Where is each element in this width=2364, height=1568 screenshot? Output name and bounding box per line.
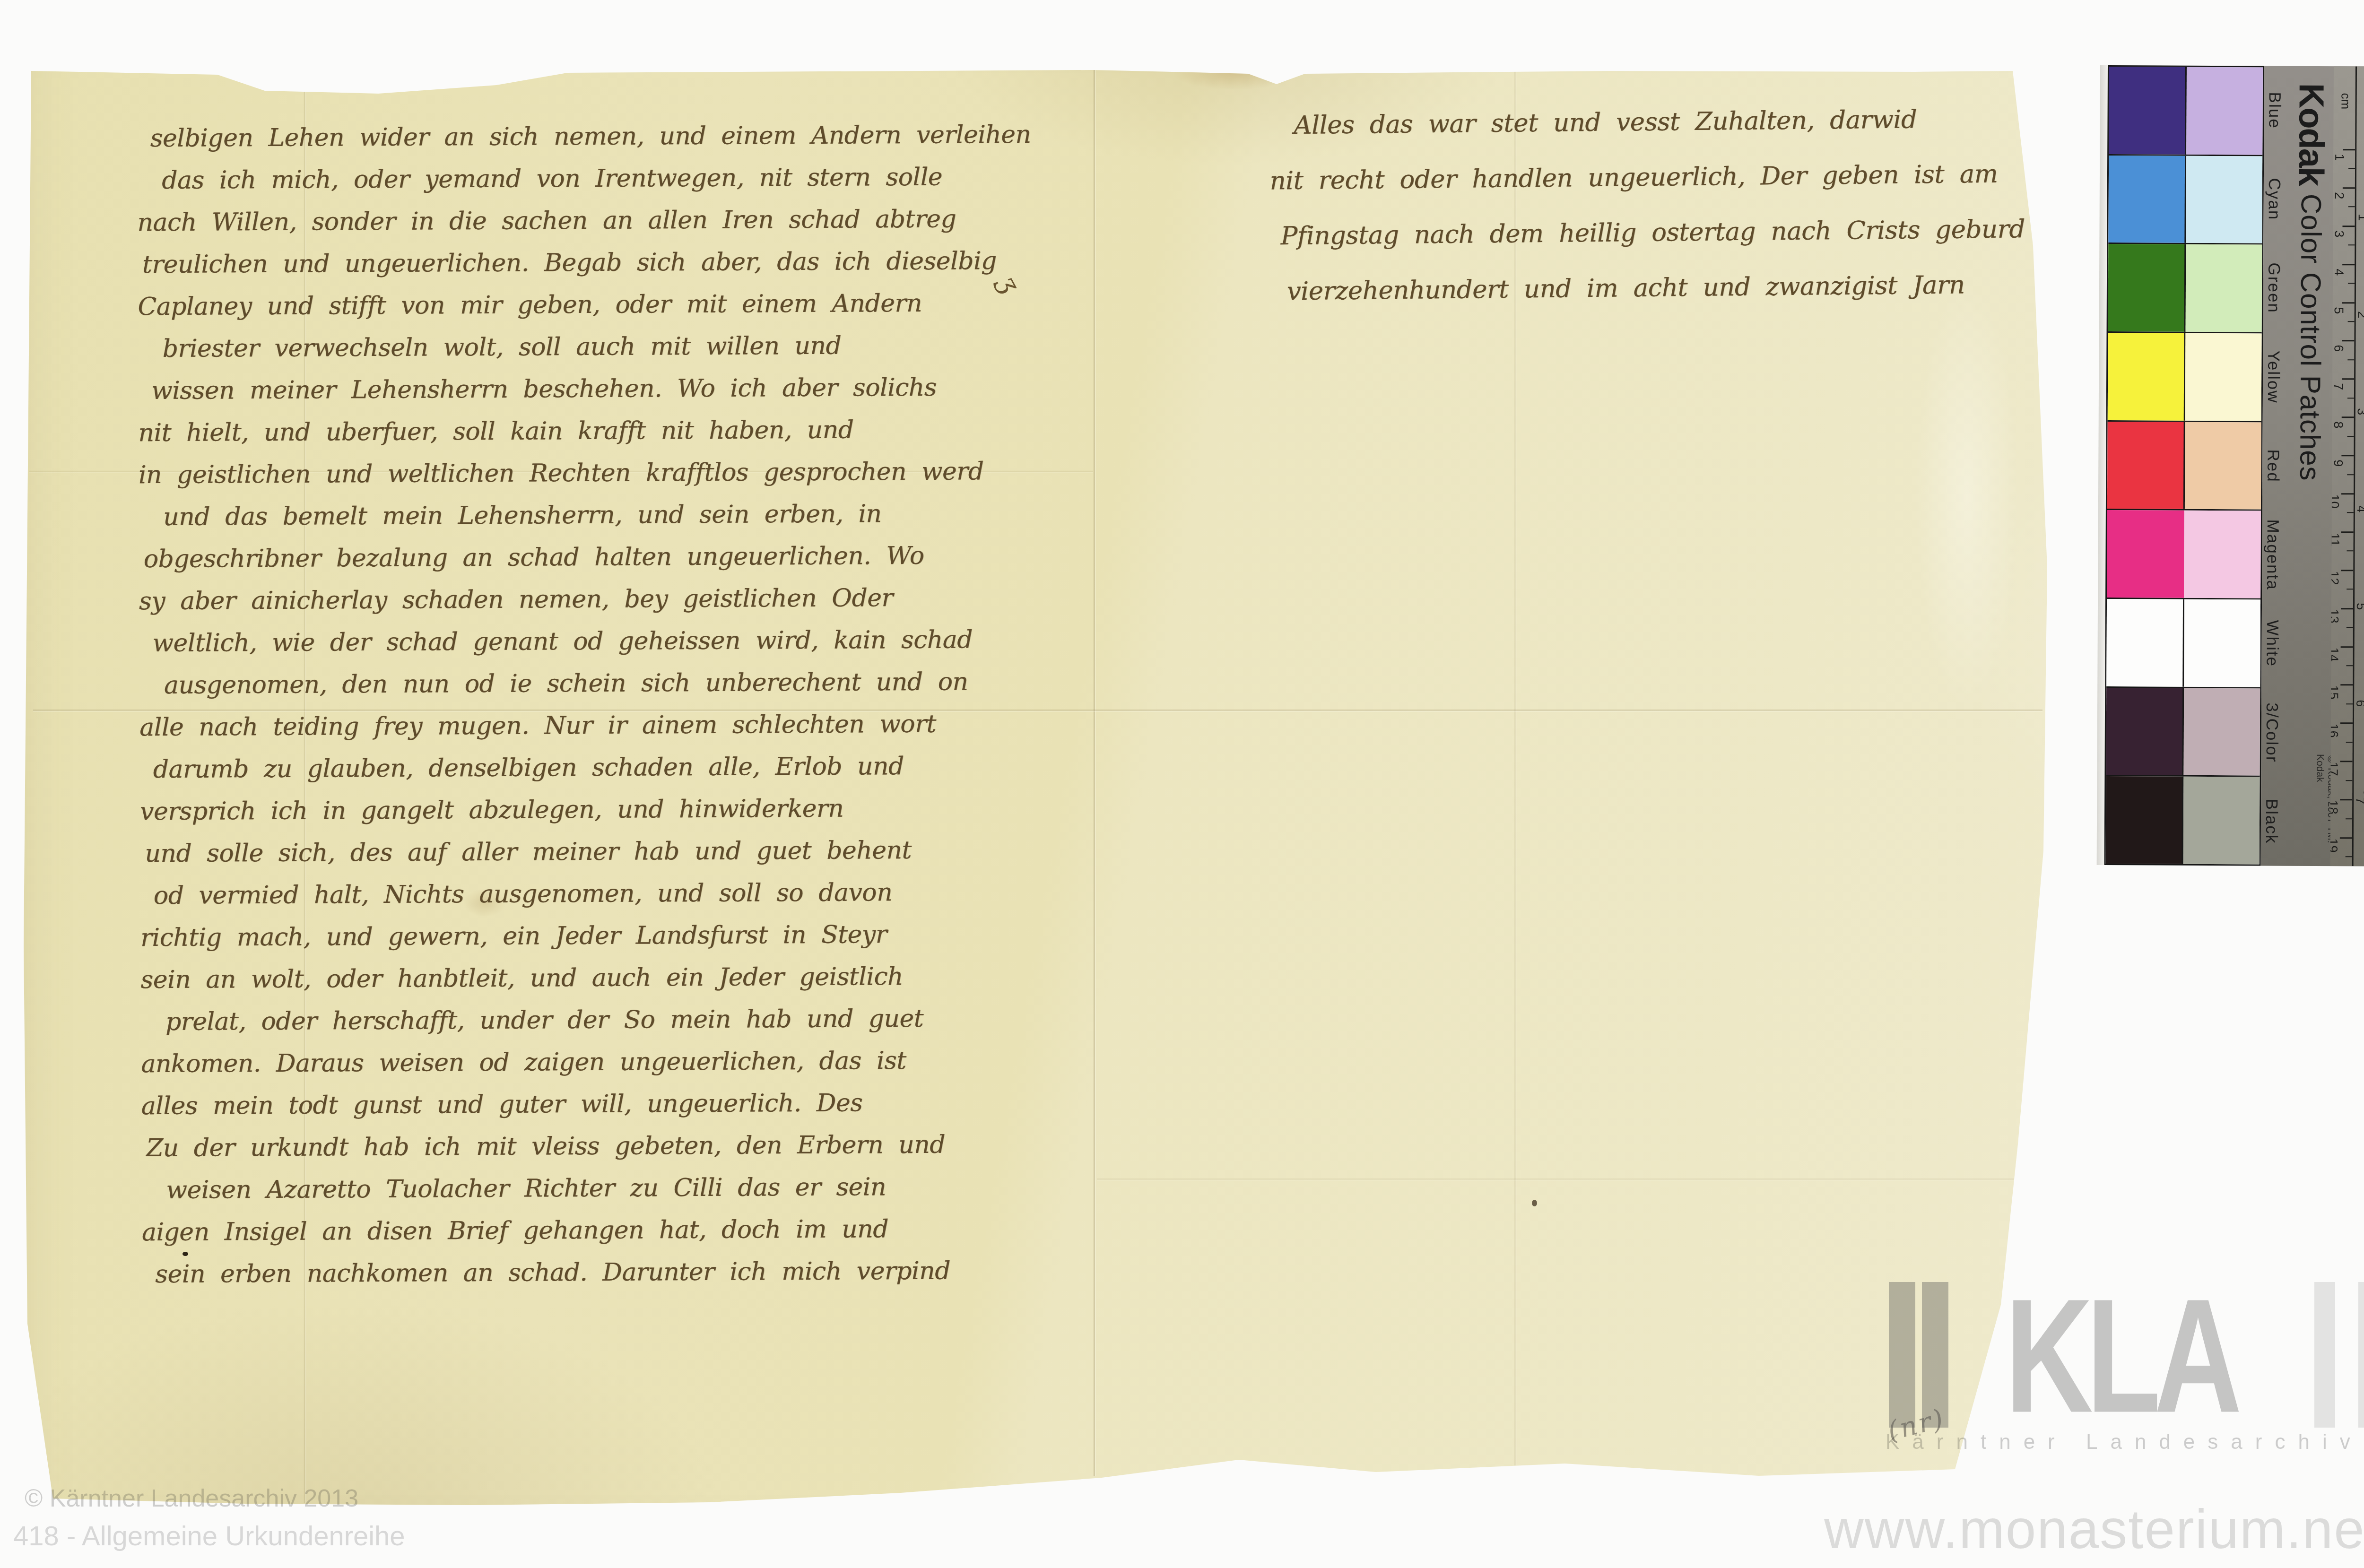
cm-tick: 17 <box>2330 761 2352 799</box>
manuscript-page-left: selbigen Lehen wider an sich nemen, und … <box>137 114 1041 1296</box>
horizontal-fold-crease-upper-left <box>29 470 1093 473</box>
manuscript-line: ankomen. Daraus weisen od zaigen ungeuer… <box>141 1040 1039 1085</box>
patch-label: Magenta <box>2263 511 2282 599</box>
right-quarter-fold-crease <box>1514 71 1517 1465</box>
color-patch-light <box>2186 67 2263 155</box>
color-patch-row <box>2108 244 2262 333</box>
color-patch-row <box>2108 333 2262 422</box>
color-patch-light <box>2183 777 2260 864</box>
ruler-cm-label: cm <box>2338 93 2353 109</box>
cm-tick: 15 <box>2331 684 2353 723</box>
kla-logo-bar <box>2358 1282 2364 1428</box>
kla-logo-text: KLA <box>2005 1282 2235 1429</box>
kla-logo-bars <box>2314 1282 2364 1428</box>
kla-watermark-org: Kärntner Landesarchiv <box>1886 1430 2363 1454</box>
scanned-document-viewer: selbigen Lehen wider an sich nemen, und … <box>0 0 2364 1568</box>
manuscript-line: wissen meiner Lehensherrn beschehen. Wo … <box>151 366 1036 412</box>
manuscript-line: briester verwechseln wolt, soll auch mit… <box>163 324 1036 370</box>
color-patch-saturated <box>2109 67 2187 154</box>
patch-label: Yellow <box>2264 333 2283 422</box>
cm-tick: 4 <box>2333 264 2355 302</box>
color-patch-row <box>2106 688 2260 777</box>
cm-tick: 18 <box>2330 799 2352 837</box>
color-patch-light <box>2186 244 2262 332</box>
kla-logo-bar <box>1889 1282 1915 1428</box>
cm-tick: 5 <box>2332 302 2354 340</box>
cm-tick: 1 <box>2333 149 2355 187</box>
kla-logo-bar <box>2314 1282 2335 1428</box>
color-patch-saturated <box>2107 422 2185 509</box>
cm-tick: 11 <box>2331 531 2353 570</box>
patch-label: Green <box>2264 244 2284 333</box>
cm-tick: 6 <box>2332 340 2354 379</box>
ink-margin-mark: ʒ <box>992 270 1026 297</box>
manuscript-line: und das bemelt mein Lehensherrn, und sei… <box>163 493 1037 538</box>
manuscript-line: alles mein todt gunst und guter will, un… <box>141 1082 1040 1127</box>
patch-label: Cyan <box>2264 155 2284 244</box>
manuscript-line: sein erben nachkomen an schad. Darunter … <box>155 1250 1040 1296</box>
color-patch-light <box>2186 156 2262 243</box>
kodak-logo-text: Kodak <box>2292 83 2331 186</box>
horizontal-fold-crease-lower <box>1097 1178 2014 1181</box>
manuscript-line: od vermied halt, Nichts ausgenomen, und … <box>154 871 1039 917</box>
manuscript-line: weisen Azaretto Tuolacher Richter zu Cil… <box>166 1166 1040 1212</box>
manuscript-line: sein an wolt, oder hanbtleit, und auch e… <box>140 955 1039 1001</box>
manuscript-line: richtig mach, und gewern, ein Jeder Land… <box>140 913 1039 959</box>
cm-tick: 12 <box>2331 570 2353 608</box>
manuscript-line: obgeschribner bezalung an schad halten u… <box>143 535 1037 580</box>
manuscript-line: ausgenomen, den nun od ie schein sich un… <box>164 661 1038 707</box>
color-patch-saturated <box>2106 599 2184 686</box>
kodak-brand-text: Kodak Color Control Patches <box>2290 83 2332 481</box>
patch-label: 3/Color <box>2262 688 2281 777</box>
monasterium-watermark: www.monasterium.net <box>1824 1498 2364 1561</box>
cm-tick: 8 <box>2332 416 2354 455</box>
color-patch-saturated <box>2106 776 2184 864</box>
manuscript-page-right: Alles das war stet und vesst Zuhalten, d… <box>1285 91 1996 319</box>
manuscript-line: prelat, oder herschafft, under der So me… <box>165 997 1039 1043</box>
inch-tick: 6 <box>2354 694 2364 792</box>
strip-ruler: cm inches 12345678910111213141516171819 … <box>2330 66 2364 866</box>
ink-speck <box>183 1252 188 1256</box>
manuscript-line: nach Willen, sonder in die sachen an all… <box>137 198 1035 244</box>
color-patch-light <box>2185 422 2261 509</box>
patch-row-labels: BlueCyanGreenYellowRedMagentaWhite3/Colo… <box>2262 66 2284 866</box>
foxing-stain <box>1173 57 1295 90</box>
manuscript-line: und solle sich, des auf aller meiner hab… <box>145 829 1038 875</box>
kodak-color-control-strip: BlueCyanGreenYellowRedMagentaWhite3/Colo… <box>2097 65 2364 866</box>
cm-tick: 14 <box>2331 646 2353 684</box>
inch-tick: 2 <box>2355 305 2364 403</box>
cm-tick: 3 <box>2333 225 2355 264</box>
manuscript-line: aigen Insigel an disen Brief gehangen ha… <box>142 1208 1040 1254</box>
ink-speck <box>1532 1200 1537 1206</box>
cm-tick: 19 <box>2330 837 2352 866</box>
manuscript-line: nit hielt, und uberfuer, soll kain kraff… <box>138 408 1036 454</box>
inch-tick: 3 <box>2355 403 2364 500</box>
foxing-stain <box>463 889 506 917</box>
cm-tick: 16 <box>2331 723 2353 761</box>
color-patch-light <box>2184 511 2261 598</box>
cm-tick: 10 <box>2332 493 2354 531</box>
color-patch-saturated <box>2108 333 2186 420</box>
manuscript-line: das ich mich, oder yemand von Irentwegen… <box>162 156 1035 202</box>
color-patch-light <box>2184 599 2260 687</box>
manuscript-line: Zu der urkundt hab ich mit vleiss gebete… <box>146 1124 1040 1170</box>
color-patch-row <box>2106 599 2260 688</box>
horizontal-fold-crease <box>33 709 2042 712</box>
manuscript-line: selbigen Lehen wider an sich nemen, und … <box>150 114 1035 160</box>
inch-tick: 1 <box>2356 208 2364 305</box>
color-patch-light <box>2183 688 2260 775</box>
inch-tick: 5 <box>2354 597 2364 694</box>
manuscript-line: in geistlichen und weltlichen Rechten kr… <box>139 450 1037 496</box>
cm-tick: 7 <box>2332 378 2354 416</box>
ruler-cm-scale: 12345678910111213141516171819 <box>2330 149 2355 866</box>
manuscript-line: darumb zu glauben, denselbigen schaden a… <box>153 745 1038 791</box>
strip-label-band: BlueCyanGreenYellowRedMagentaWhite3/Colo… <box>2261 66 2364 866</box>
color-patch-row <box>2107 510 2261 599</box>
manuscript-line: treulichen und ungeuerlichen. Begab sich… <box>142 240 1036 286</box>
color-patch-grid <box>2104 65 2264 866</box>
foxing-stain <box>1915 284 2019 709</box>
manuscript-line: Caplaney und stifft von mir geben, oder … <box>138 282 1036 328</box>
manuscript-line: versprich ich in gangelt abzulegen, und … <box>140 787 1038 833</box>
cm-tick: 2 <box>2333 187 2355 225</box>
center-fold-crease <box>1093 70 1096 1476</box>
inch-tick: 4 <box>2355 500 2364 597</box>
color-patch-row <box>2108 156 2262 245</box>
manuscript-line: sy aber ainicherlay schaden nemen, bey g… <box>139 577 1037 623</box>
color-patch-saturated <box>2106 688 2184 775</box>
kla-watermark-logo: KLA <box>1889 1282 2364 1429</box>
manuscript-line: weltlich, wie der schad genant od geheis… <box>152 619 1037 665</box>
color-patch-row <box>2107 422 2261 511</box>
color-patch-saturated <box>2107 510 2184 598</box>
caption-series: 418 - Allgemeine Urkundenreihe <box>13 1520 405 1552</box>
manuscript-line: Pfingstag nach dem heillig ostertag nach… <box>1280 202 1996 264</box>
manuscript-line: alle nach teiding frey mugen. Nur ir ain… <box>139 703 1038 749</box>
color-patch-row <box>2109 67 2263 156</box>
color-patch-row <box>2106 776 2260 864</box>
left-quarter-fold-crease <box>304 71 306 1503</box>
color-patch-saturated <box>2108 156 2186 243</box>
caption-copyright: © Kärntner Landesarchiv 2013 <box>25 1484 358 1513</box>
manuscript-line: nit recht oder handlen ungeuerlich, Der … <box>1269 147 1995 209</box>
color-patch-light <box>2185 333 2262 421</box>
manuscript-line: Alles das war stet und vesst Zuhalten, d… <box>1294 91 1995 153</box>
color-patch-saturated <box>2108 244 2186 331</box>
patch-label: White <box>2262 599 2282 688</box>
cm-tick: 9 <box>2332 455 2354 493</box>
patch-label: Black <box>2262 777 2281 866</box>
cm-tick: 13 <box>2331 608 2353 646</box>
manuscript-line: vierzehenhundert und im acht und zwanzig… <box>1286 257 1996 319</box>
patch-label: Red <box>2263 422 2283 511</box>
inch-tick: 7 <box>2353 791 2364 866</box>
kla-logo-bar <box>1922 1282 1948 1428</box>
patch-label: Blue <box>2265 66 2284 155</box>
